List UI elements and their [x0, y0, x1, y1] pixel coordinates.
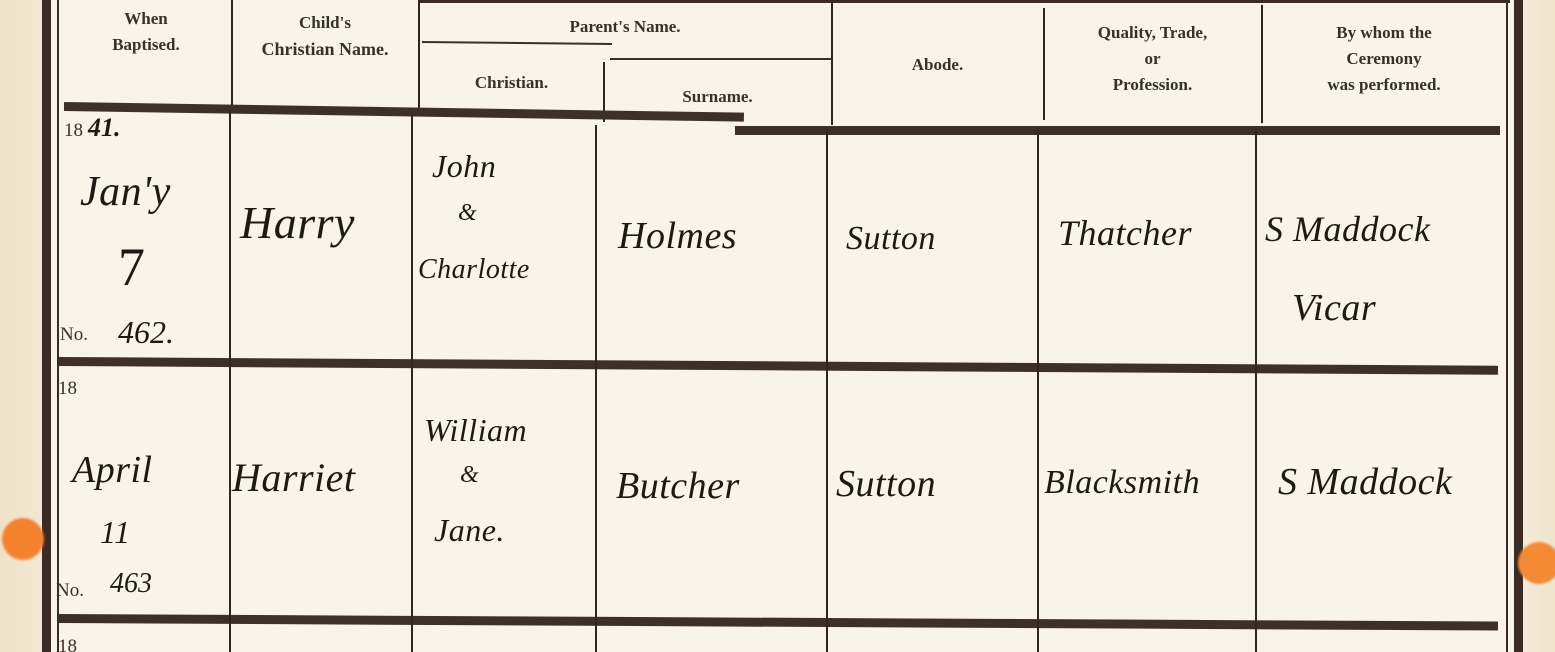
- header-by-whom: By whom the Ceremony was performed.: [1262, 20, 1506, 98]
- year-prefix: 18: [58, 378, 77, 400]
- baptism-month: April: [72, 448, 153, 492]
- parent-christian-1: William: [424, 412, 527, 449]
- entry-no-label: No.: [60, 324, 88, 346]
- parent-christian-2: Jane.: [434, 512, 505, 549]
- officiant: S Maddock: [1278, 460, 1452, 504]
- header-parents-name: Parent's Name.: [420, 14, 830, 40]
- header-line: When: [62, 6, 230, 32]
- header-when-baptised: When Baptised.: [62, 6, 230, 58]
- parent-surname: Holmes: [618, 214, 737, 258]
- baptism-month: Jan'y: [80, 168, 171, 216]
- header-line: Quality, Trade,: [1044, 20, 1261, 46]
- entry-number: 462.: [118, 314, 174, 351]
- header-line: Child's: [232, 10, 418, 36]
- header-quality-trade: Quality, Trade, or Profession.: [1044, 20, 1261, 98]
- header-line: or: [1044, 46, 1261, 72]
- header-line: Ceremony: [1262, 46, 1506, 72]
- header-parents-surname: Surname.: [604, 84, 831, 110]
- baptism-day: 11: [100, 514, 131, 551]
- row-rule: [735, 126, 1500, 135]
- frame-border-right-inner: [1506, 0, 1508, 652]
- header-parents-christian: Christian.: [420, 70, 603, 96]
- child-name: Harry: [240, 196, 355, 249]
- parent-christian-and: &: [458, 200, 477, 227]
- frame-border-left: [42, 0, 51, 652]
- profession: Thatcher: [1058, 212, 1192, 254]
- entry-no-label: No.: [56, 580, 84, 602]
- profession: Blacksmith: [1044, 464, 1200, 502]
- top-rule: [420, 0, 1510, 3]
- parent-surname: Butcher: [616, 464, 740, 508]
- parents-subrule: [610, 58, 832, 60]
- header-line: Christian Name.: [232, 36, 418, 62]
- header-line: was performed.: [1262, 72, 1506, 98]
- year-prefix: 18: [58, 636, 77, 652]
- column-divider: [411, 115, 413, 652]
- column-divider: [1037, 130, 1039, 652]
- year-prefix: 18: [64, 120, 83, 142]
- officiant-title: Vicar: [1292, 286, 1376, 330]
- parent-christian-2: Charlotte: [418, 254, 530, 286]
- orange-marker-left: [2, 518, 44, 560]
- parent-christian-and: &: [460, 462, 479, 489]
- child-name: Harriet: [232, 454, 356, 501]
- officiant: S Maddock: [1265, 208, 1430, 250]
- baptism-day: 7: [118, 236, 146, 298]
- frame-border-left-inner: [57, 0, 59, 652]
- abode: Sutton: [846, 220, 936, 258]
- column-divider: [229, 110, 231, 652]
- entry-number: 463: [110, 568, 152, 600]
- abode: Sutton: [836, 462, 936, 506]
- header-line: Profession.: [1044, 72, 1261, 98]
- column-divider: [826, 130, 828, 652]
- year-suffix: 41.: [88, 113, 121, 143]
- orange-marker-right: [1518, 542, 1555, 584]
- header-child-christian-name: Child's Christian Name.: [232, 10, 418, 62]
- header-line: By whom the: [1262, 20, 1506, 46]
- column-divider: [1255, 130, 1257, 652]
- parent-christian-1: John: [432, 148, 496, 185]
- column-divider: [595, 125, 597, 652]
- header-line: Baptised.: [62, 32, 230, 58]
- header-abode: Abode.: [832, 52, 1043, 78]
